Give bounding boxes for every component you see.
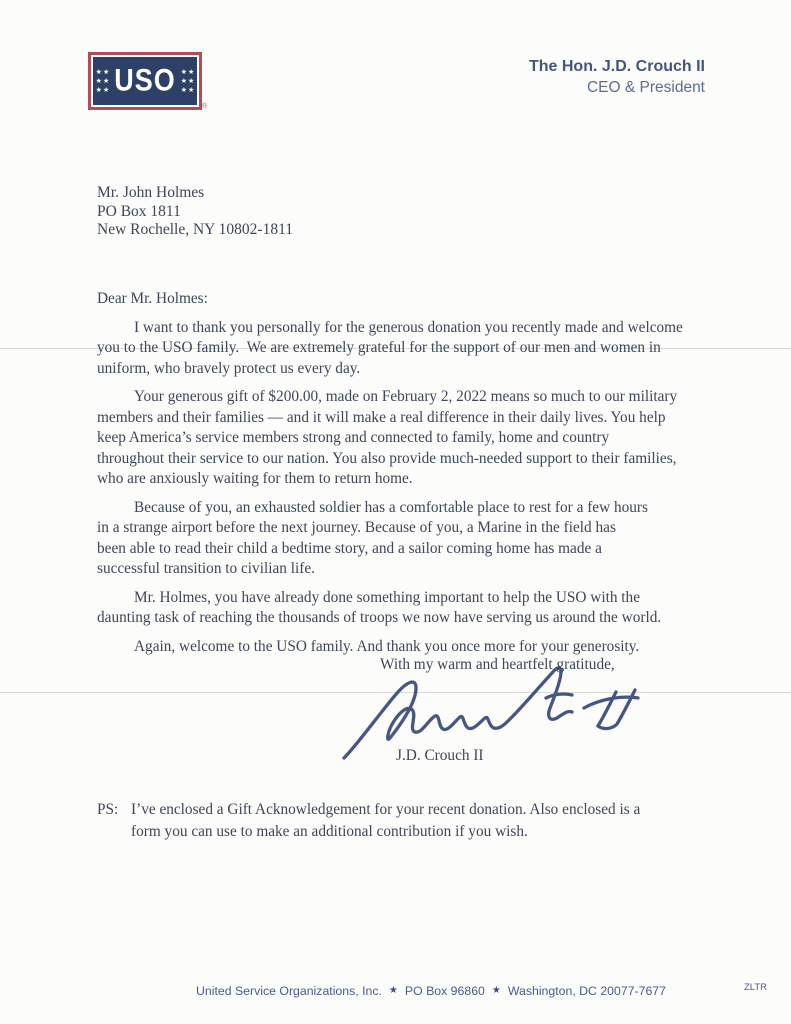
- postscript: PS: I’ve enclosed a Gift Acknowledgement…: [97, 799, 640, 842]
- paragraph-5: Again, welcome to the USO family. And th…: [97, 637, 777, 658]
- star-icon: ★ ★ ★: [103, 68, 109, 95]
- ps-label: PS:: [97, 799, 131, 842]
- letter-line: you to the USO family. We are extremely …: [97, 338, 777, 359]
- paragraph-1: I want to thank you personally for the g…: [97, 318, 777, 380]
- executive-title: CEO & President: [529, 78, 705, 98]
- handwritten-signature: [332, 664, 662, 764]
- paragraph-3: Because of you, an exhausted soldier has…: [97, 498, 777, 580]
- footer-pobox: PO Box 96860: [405, 984, 485, 998]
- star-icon: ★: [389, 985, 398, 997]
- logo-left-stars: ★ ★ ★ ★ ★ ★: [96, 68, 110, 95]
- signer-name: J.D. Crouch II: [396, 747, 484, 765]
- letter-line: been able to read their child a bedtime …: [97, 539, 777, 560]
- footer-org-line: United Service Organizations, Inc. ★ PO …: [196, 984, 666, 998]
- letter-line: throughout their service to our nation. …: [97, 449, 777, 470]
- letter-line: uniform, who bravely protect us every da…: [97, 359, 777, 380]
- recipient-name: Mr. John Holmes: [97, 184, 293, 203]
- letter-line: members and their families — and it will…: [97, 408, 777, 429]
- letter-line: Again, welcome to the USO family. And th…: [97, 637, 777, 658]
- letter-line: form you can use to make an additional c…: [131, 821, 640, 843]
- footer-org-name: United Service Organizations, Inc.: [196, 984, 382, 998]
- paragraph-2: Your generous gift of $200.00, made on F…: [97, 387, 777, 490]
- executive-name: The Hon. J.D. Crouch II: [529, 57, 705, 77]
- ps-text: I’ve enclosed a Gift Acknowledgement for…: [131, 799, 640, 842]
- letter-line: Mr. Holmes, you have already done someth…: [97, 588, 777, 609]
- letter-line: keep America’s service members strong an…: [97, 428, 777, 449]
- logo-right-stars: ★ ★ ★ ★ ★ ★: [181, 68, 195, 95]
- letter-line: successful transition to civilian life.: [97, 559, 777, 580]
- footer-city: Washington, DC 20077-7677: [508, 984, 666, 998]
- star-icon: ★ ★ ★: [181, 68, 187, 95]
- uso-logo: ★ ★ ★ ★ ★ ★ USO ★ ★ ★ ★ ★ ★: [88, 52, 202, 110]
- recipient-street: PO Box 1811: [97, 203, 293, 222]
- recipient-address: Mr. John Holmes PO Box 1811 New Rochelle…: [97, 184, 293, 240]
- salutation: Dear Mr. Holmes:: [97, 289, 777, 310]
- letter-line: I want to thank you personally for the g…: [97, 318, 777, 339]
- paragraph-4: Mr. Holmes, you have already done someth…: [97, 588, 777, 629]
- uso-logo-field: ★ ★ ★ ★ ★ ★ USO ★ ★ ★ ★ ★ ★: [93, 57, 197, 105]
- uso-logo-text: USO: [114, 64, 176, 98]
- letter-line: daunting task of reaching the thousands …: [97, 608, 777, 629]
- star-icon: ★ ★ ★: [188, 68, 194, 95]
- letter-body: Dear Mr. Holmes: I want to thank you per…: [97, 289, 777, 657]
- letter-line: Because of you, an exhausted soldier has…: [97, 498, 777, 519]
- recipient-city: New Rochelle, NY 10802-1811: [97, 221, 293, 240]
- form-code: ZLTR: [744, 982, 767, 993]
- letter-line: who are anxiously waiting for them to re…: [97, 469, 777, 490]
- star-icon: ★: [492, 985, 501, 997]
- star-icon: ★ ★ ★: [96, 68, 102, 95]
- letterhead-executive-block: The Hon. J.D. Crouch II CEO & President: [529, 57, 705, 98]
- letter-line: in a strange airport before the next jou…: [97, 518, 777, 539]
- letter-line: Your generous gift of $200.00, made on F…: [97, 387, 777, 408]
- registered-trademark-icon: ®: [202, 103, 207, 110]
- letter-line: I’ve enclosed a Gift Acknowledgement for…: [131, 799, 640, 821]
